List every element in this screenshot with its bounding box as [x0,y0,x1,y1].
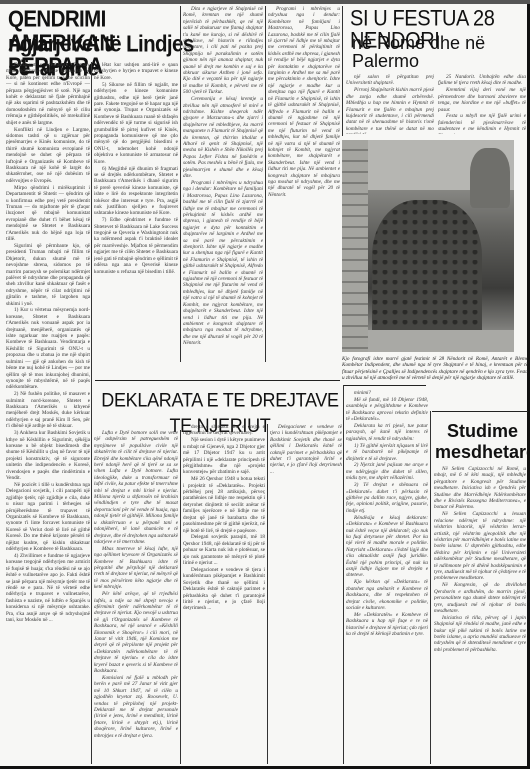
paragraph: Kjo kërkon që «Deklarata» të zbatohet ng… [346,579,428,611]
paragraph: Programi i mbrëmjes u ndryshua nga i den… [268,6,340,198]
column-rule [343,385,344,764]
headline-mediterranean-line2: mesdhetare [435,442,530,463]
paragraph: Mirpo qëndrimi i mirëkuptimit i Departam… [6,185,90,243]
column-rule [180,6,181,362]
paragraph: 2) Në fushën politike, të masavet e sulm… [6,391,90,429]
mediterranean-studies-body: Në Sellen Capizzocchi në Romë, u mbajt, … [434,466,526,764]
paragraph: 25 Nandorit. Umbajtën edhe disa fjalime … [438,74,526,87]
paragraph: Delegacionet e vendeve të tjera i kundër… [270,424,342,475]
column-rule [180,430,181,764]
paragraph: minimi? [346,390,428,396]
paragraph: Delegati sovjetik paraqiti, më 18 Qersho… [183,534,265,566]
paragraph: 5) Sikurse në fillim të ngjalit, me ndër… [94,82,178,165]
group-photo-students [342,140,514,352]
paragraph: 7) Edhe qëndrimet e fundme të Shtetevet … [94,217,178,275]
paragraph: drejta e shtetasit dhe e drejta e ligjër… [183,424,265,437]
paragraph: 1) Të gjithë njerëzit njiqasen të lirë e… [346,443,428,462]
american-stand-column-2: lëtat kur ushtjen anti-lirë e qaun ndësh… [94,62,178,362]
festival-column-2: 25 Nandorit. Umbajtën edhe disa fjalime … [438,74,526,134]
human-rights-column-1: Lufta e Dytë botnore solli me vetie një … [94,430,178,764]
paragraph: Dita e ngjarjeve të Shqipnisë në Romë, k… [183,6,263,96]
column-rule [265,6,266,362]
festival-column-1: një salon të përgatitun prej Universitet… [346,74,434,134]
section-rule [432,411,528,412]
paragraph: Në Sellen Capizzocchi në Romë, u mbajt, … [434,466,526,511]
section-rule [343,385,426,386]
paragraph: Komisioni në fjalë u mblodh për herën e … [94,675,178,739]
paragraph: Konflikti në Lindjen e Largme, sidomos t… [6,127,90,185]
festival-left-column: Programi i mbrëmjes u ndryshua nga i den… [268,6,340,362]
headline-human-rights-line1: DEKLARATA E TE DREJTAVE [100,388,340,413]
paragraph: Festa u mbyll me një fjalë urimi e falen… [438,113,526,134]
paragraph: Më së fundi, më 10 Dhjetor 1948, asamble… [346,397,428,423]
photo-tree [470,148,510,208]
paragraph: Lufta e Dytë botnore solli me vetie një … [94,430,178,545]
section-rule [95,380,340,381]
paragraph: 2) Njerzit janë pajisun me arsye e me nd… [346,462,428,481]
paragraph: 1) Kur u vërtetua mësynemja nord-koreane… [6,307,90,390]
column-rule [267,424,268,764]
paragraph: Në pozicët i tillë u kundërshtua nga Del… [6,482,90,552]
paragraph: Një sesion i dytë i këtyre punimeve u mb… [183,437,265,475]
paragraph: një salon të përgatitun prej Universitet… [346,74,434,87]
column-rule [91,62,92,764]
column-rule [342,6,343,136]
paragraph: Në Sellen Capizzocchi u lexuan relacione… [434,511,526,581]
top-border-rule [0,0,530,4]
photo-stone-wall [342,140,368,352]
paragraph: Delegacionet e vendeve të tjera i kundër… [183,567,265,612]
paragraph: Kremtimi vijoj deri vonë me një përmendr… [438,87,526,113]
american-stand-column-3: Dita e ngjarjeve të Shqipnisë në Romë, k… [183,6,263,362]
newspaper-page: QENDRIMI AMERIKAN PERPARA ngjarjevet të … [0,0,530,769]
paragraph: Rëndësija e kësaj deklarate: «Deklarata»… [346,515,428,579]
headline-festival-line2: në Romë dhe në Palermo [352,34,528,70]
column-rule [430,411,431,764]
american-stand-column-1: Deklaratat e presidentit Truman, mbas nd… [6,62,90,764]
paragraph: Për këtë arësye, që të rrjedhësi luftës,… [94,591,178,674]
paragraph: 4) Zhvillimet e fundme të ngjarjeve kore… [6,553,90,623]
paragraph: Programi i mbrëmjes u ndryshua nga i den… [183,180,263,347]
paragraph: Ceremonija e kësaj kremtje u zhvillua në… [183,96,263,179]
paragraph: Mbas tmerreve të kësaj lufte, një nga që… [94,546,178,591]
paragraph: 3) Ankhera kur Bashkimi Sovjetik u kthye… [6,430,90,481]
paragraph: lëtat kur ushtjen anti-lirë e qaun ndësh… [94,62,178,81]
paragraph: Më 26 Qershor 1948 u botua teksti i proj… [183,476,265,534]
paragraph: Iniciativa të tilla, përveç që i japin S… [434,615,526,653]
human-rights-column-4: minimi? Më së fundi, më 10 Dhjetor 1948,… [346,390,428,764]
human-rights-column-3: Delegacionet e vendeve të tjera i kundër… [270,424,342,764]
paragraph: Pirronj Shqipëtarët kishin marrë pjesë d… [346,87,434,134]
photo-steps [368,330,514,352]
headline-mediterranean-line1: Studime [435,421,530,442]
paragraph: 6) Megjithë një dhunim të fragmati se së… [94,166,178,217]
paragraph: 3) Të drejtat e shënuara në «Deklaratë» … [346,482,428,514]
photo-caption: Kjo fotografi ishte marrë gjatë festimit… [342,356,528,381]
paragraph: Deklarata ka tri pjesë, tue patur parasy… [346,423,428,442]
paragraph: Në Kongresin, që do zhvillohet Qershorin… [434,582,526,614]
paragraph: Me «Deklaratën» e Kombeve të Bashkuara u… [346,612,428,638]
human-rights-column-2: drejta e shtetasit dhe e drejta e ligjër… [183,424,265,764]
photo-crowd [372,200,482,340]
paragraph: Sigurimi që përmbante kjo, që presidenti… [6,243,90,307]
headline-mediterranean-studies: Studime mesdhetare [435,421,530,462]
paragraph: Deklaratat e presidentit Truman, mbas nd… [6,62,90,126]
